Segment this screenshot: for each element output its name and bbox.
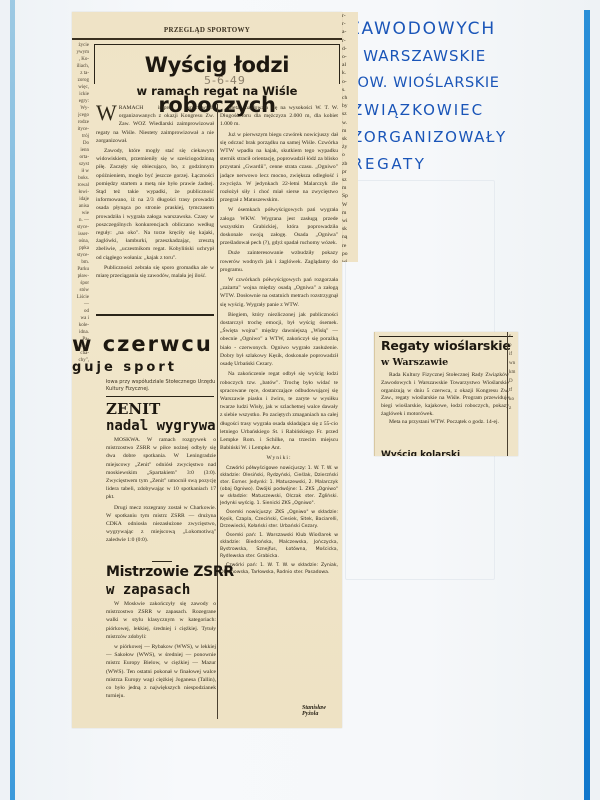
edge-fragment: życie: [72, 42, 89, 49]
edge-fragment: r-: [342, 37, 358, 45]
album-page: ZAWODOWYCH I WARSZAWSKIE TOW. WIOŚLARSKI…: [0, 0, 600, 800]
edge-fragment: ienn: [72, 147, 89, 154]
edge-fragment: sz: [342, 176, 358, 184]
masthead-rule: [72, 38, 342, 40]
edge-fragment: ko: [509, 395, 519, 404]
edge-fragment: śpor: [72, 280, 89, 287]
zenit-headline: ZENIT: [106, 400, 160, 418]
paragraph: Duże zainteresowanie wzbudziły pokazy ro…: [220, 249, 338, 274]
edge-fragment: boks.: [72, 175, 89, 182]
edge-fragment: jcego: [72, 112, 89, 119]
edge-fragment: orta-: [72, 154, 89, 161]
small-clipping-body: Rada Kultury Fizycznej Stołecznej Rady Z…: [381, 372, 509, 427]
edge-fragment: Sp: [342, 192, 358, 200]
paragraph: Zawody, które mogły stać się ciekawym wi…: [96, 147, 214, 262]
result-item: Ósemki pań: 1. Warszawski Klub Wioślarek…: [220, 532, 338, 560]
edge-fragment: wi: [342, 258, 358, 262]
small-clipping-subheadline: w Warszawie: [381, 357, 448, 368]
edge-fragment: styce-: [72, 252, 89, 259]
edge-fragment: tf: [509, 386, 519, 395]
edge-fragment: re: [342, 242, 358, 250]
top-rule: [379, 336, 513, 337]
small-clipping-headline: Regaty wioślarskie: [381, 338, 511, 353]
author-signature: Stanisław Pyżola: [302, 705, 342, 717]
edge-fragment: szyst: [72, 161, 89, 168]
right-blue-margin-line: [584, 10, 590, 800]
edge-fragment: ickie: [72, 91, 89, 98]
edge-fragment: if: [509, 350, 519, 359]
result-item: Czwórki pań: 1. W. T. W. w składzie: Zyn…: [220, 562, 338, 576]
wrestling-article-body: W Moskwie zakończyły się zawody o mistrz…: [106, 600, 216, 700]
edge-fragment: rowal: [72, 182, 89, 189]
edge-fragment: po: [342, 250, 358, 258]
edge-fragment: D: [509, 377, 519, 386]
edge-fragment: m: [342, 184, 358, 192]
edge-fragment: ppka: [72, 245, 89, 252]
paragraph: Publiczności zebrała się sporo gromadka …: [96, 264, 214, 280]
edge-fragment: ży: [342, 143, 358, 151]
article-column-2: Meta znajdowała się na wysokości W. T. W…: [220, 104, 338, 744]
edge-fragment: wn: [509, 359, 519, 368]
paragraph: Biegiem, który niezliczonej jak publiczn…: [220, 311, 338, 368]
edge-fragment: Liście: [72, 294, 89, 301]
drop-cap: W: [96, 104, 117, 122]
edge-fragment: km: [509, 368, 519, 377]
edge-fragment: sk: [342, 135, 358, 143]
banner-subheadline: guje sport: [72, 360, 217, 380]
edge-fragment: pr: [342, 168, 358, 176]
edge-fragment: r-: [342, 12, 358, 20]
edge-fragment: d-: [342, 45, 358, 53]
section-rule: [106, 396, 214, 397]
edge-fragment: o-: [342, 53, 358, 61]
section-rule: [152, 561, 172, 562]
wrestling-subheadline: w zapasach: [106, 582, 190, 598]
edge-fragment: m: [342, 209, 358, 217]
article-column-1: WRAMACH imprez sportowych organizowanych…: [96, 104, 214, 312]
edge-fragment: rodze: [72, 119, 89, 126]
edge-fragment: n. —: [72, 217, 89, 224]
edge-fragment: stów: [72, 287, 89, 294]
edge-fragment: kole-: [72, 322, 89, 329]
left-blue-margin-line: [10, 0, 15, 800]
edge-fragment: łowi-: [72, 189, 89, 196]
paragraph: W ósemkach półwyścigowych pań wygrała za…: [220, 206, 338, 247]
caption-line: TOW. WIOŚLARSKIE: [348, 70, 568, 97]
edge-fragment: zorog: [72, 77, 89, 84]
zenit-subheadline: nadal wygrywa: [106, 418, 216, 434]
paragraph: Już w pierwszym biegu czwórek nowicjuszy…: [220, 131, 338, 205]
edge-fragment: ną: [342, 233, 358, 241]
edge-fragment: bm.: [72, 259, 89, 266]
newspaper-clipping-small: Regaty wioślarskie w Warszawie Rada Kult…: [374, 332, 518, 456]
edge-fragment: anisa: [72, 203, 89, 210]
paragraph: W Moskwie zakończyły się zawody o mistrz…: [106, 600, 216, 641]
section-rule: [96, 314, 214, 316]
result-item: Ósemki nowicjuszy: ZKS „Ogniwo" w składz…: [220, 509, 338, 530]
paragraph: Drugi mecz rozegrany został w Charkowie.…: [106, 504, 216, 545]
banner-note: łowa przy współudziale Stołecznego Urzęd…: [106, 379, 216, 393]
edge-fragment: , Ko-: [72, 56, 89, 63]
result-item: Czwórki półwyścigowe nowicjuszy: 1. W. T…: [220, 465, 338, 507]
banner-headline: w czerwcu: [72, 332, 217, 362]
right-edge-fragments: r-r-a-r-d-o-alk.o-s.chbyszw.mskżyozbprsz…: [342, 12, 358, 262]
edge-fragment: wa i: [72, 315, 89, 322]
caption-line: ZWIĄZKOWIEC: [348, 97, 568, 124]
edge-fragment: Parku: [72, 266, 89, 273]
edge-fragment: wi: [342, 217, 358, 225]
edge-fragment: W: [342, 201, 358, 209]
caption-line: REGATY: [348, 151, 568, 178]
caption-line: I WARSZAWSKIE: [348, 43, 568, 70]
edge-fragment: —: [72, 301, 89, 308]
cut-off-headline: Wyścig kolarski: [381, 448, 460, 456]
handwritten-caption: ZAWODOWYCH I WARSZAWSKIE TOW. WIOŚLARSKI…: [348, 16, 568, 178]
results-heading: Wyniki:: [220, 454, 338, 462]
edge-fragment: sz: [342, 110, 358, 118]
paragraph: w piórkowej — Rybakow (WWS), w lekkiej —…: [106, 643, 216, 700]
edge-fragment: Do: [72, 140, 89, 147]
edge-fragment: m: [342, 127, 358, 135]
paragraph: W czwórkach półwyścigowych pań rozgorzał…: [220, 276, 338, 309]
wrestling-headline: Mistrzowie ZSRR: [106, 564, 234, 580]
edge-fragment: w.: [342, 119, 358, 127]
caption-line: ZAWODOWYCH: [348, 16, 568, 43]
edge-fragment: al: [342, 61, 358, 69]
edge-fragment: iliach,: [72, 63, 89, 70]
edge-fragment: trój: [72, 133, 89, 140]
caption-line: ZORGANIZOWAŁY: [348, 124, 568, 151]
results-list: Czwórki półwyścigowe nowicjuszy: 1. W. T…: [220, 465, 338, 576]
edge-fragment: egry:: [72, 98, 89, 105]
zenit-article-body: MOSKWA. W ramach rozgrywek o mistrzostwo…: [106, 436, 216, 560]
edge-fragment: ywym: [72, 49, 89, 56]
edge-fragment: s.: [342, 86, 358, 94]
edge-fragment: ityce-: [72, 126, 89, 133]
edge-fragment: od: [72, 308, 89, 315]
edge-fragment: z ta-: [72, 70, 89, 77]
edge-fragment: idaje: [72, 196, 89, 203]
edge-fragment: ch: [342, 94, 358, 102]
paragraph: Meta znajdowała się na wysokości W. T. W…: [220, 104, 338, 129]
edge-fragment: isser-: [72, 231, 89, 238]
edge-fragment: ośna,: [72, 238, 89, 245]
edge-fragment: k.: [342, 69, 358, 77]
edge-fragment: styce-: [72, 224, 89, 231]
edge-fragment: Wy-: [72, 105, 89, 112]
edge-fragment: zb: [342, 160, 358, 168]
edge-fragment: s: [509, 332, 519, 341]
side-edge-fragments: soifwnkmDtfkoz: [507, 332, 519, 456]
edge-fragment: a-: [342, 28, 358, 36]
column-divider: [217, 104, 218, 719]
edge-fragment: ił w: [72, 168, 89, 175]
edge-fragment: o: [342, 151, 358, 159]
edge-fragment: pław-: [72, 273, 89, 280]
left-edge-fragments: życieywym, Ko-iliach,z ta-zorogwięc,icki…: [72, 42, 90, 722]
edge-fragment: o-: [342, 78, 358, 86]
article-subheadline: w ramach regat na Wiśle: [94, 84, 340, 104]
edge-fragment: r-: [342, 20, 358, 28]
newspaper-clipping-main: PRZEGLĄD SPORTOWY życieywym, Ko-iliach,z…: [72, 12, 342, 728]
paragraph: Meta na przystani WTW. Początek o godz. …: [381, 419, 509, 427]
paragraph: MOSKWA. W ramach rozgrywek o mistrzostwo…: [106, 436, 216, 502]
paragraph: Rada Kultury Fizycznej Stołecznej Rady Z…: [381, 372, 509, 419]
edge-fragment: by: [342, 102, 358, 110]
edge-fragment: sk: [342, 225, 358, 233]
edge-fragment: z: [509, 404, 519, 413]
paragraph: Na zakończenie regat odbył się wyścig ło…: [220, 370, 338, 452]
edge-fragment: o: [509, 341, 519, 350]
edge-fragment: wie: [72, 210, 89, 217]
edge-fragment: więc,: [72, 84, 89, 91]
